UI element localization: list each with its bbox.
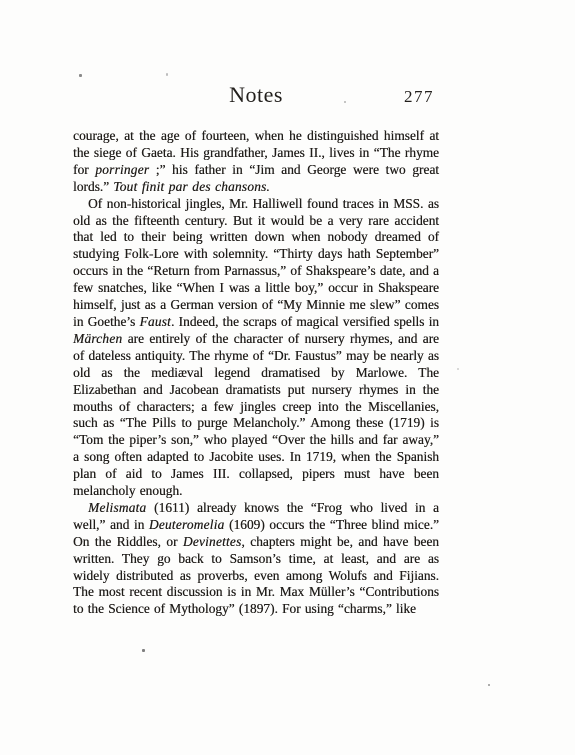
page-heading: Notes bbox=[73, 82, 439, 108]
text-run: Devinettes bbox=[183, 534, 242, 549]
text-block: courage, at the age of fourteen, when he… bbox=[73, 128, 439, 618]
book-page: Notes 277 courage, at the age of fourtee… bbox=[0, 0, 575, 755]
text-run: are entirely of the character of nursery… bbox=[73, 331, 439, 498]
text-run: porringer bbox=[95, 162, 149, 177]
paragraph: courage, at the age of fourteen, when he… bbox=[73, 128, 439, 196]
text-run: Melismata bbox=[88, 500, 146, 515]
scan-speck bbox=[337, 139, 339, 141]
text-run: Deuteromelia bbox=[149, 517, 225, 532]
text-run: . Indeed, the scraps of magical versifie… bbox=[171, 314, 439, 329]
paragraph: Melismata (1611) already knows the “Frog… bbox=[73, 500, 439, 618]
text-run: Of non-historical jingles, Mr. Halliwell… bbox=[73, 196, 439, 329]
scan-speck bbox=[142, 649, 145, 652]
text-run: Tout finit par des chansons. bbox=[113, 179, 270, 194]
scan-speck bbox=[344, 101, 346, 103]
running-head: Notes 277 bbox=[73, 82, 439, 112]
scan-speck bbox=[166, 73, 168, 76]
scan-speck bbox=[488, 684, 490, 686]
text-run: Märchen bbox=[73, 331, 122, 346]
scan-speck bbox=[79, 74, 82, 77]
text-run: Faust bbox=[139, 314, 171, 329]
paragraph: Of non-historical jingles, Mr. Halliwell… bbox=[73, 196, 439, 500]
page-number: 277 bbox=[404, 87, 434, 107]
scan-speck bbox=[457, 368, 459, 370]
